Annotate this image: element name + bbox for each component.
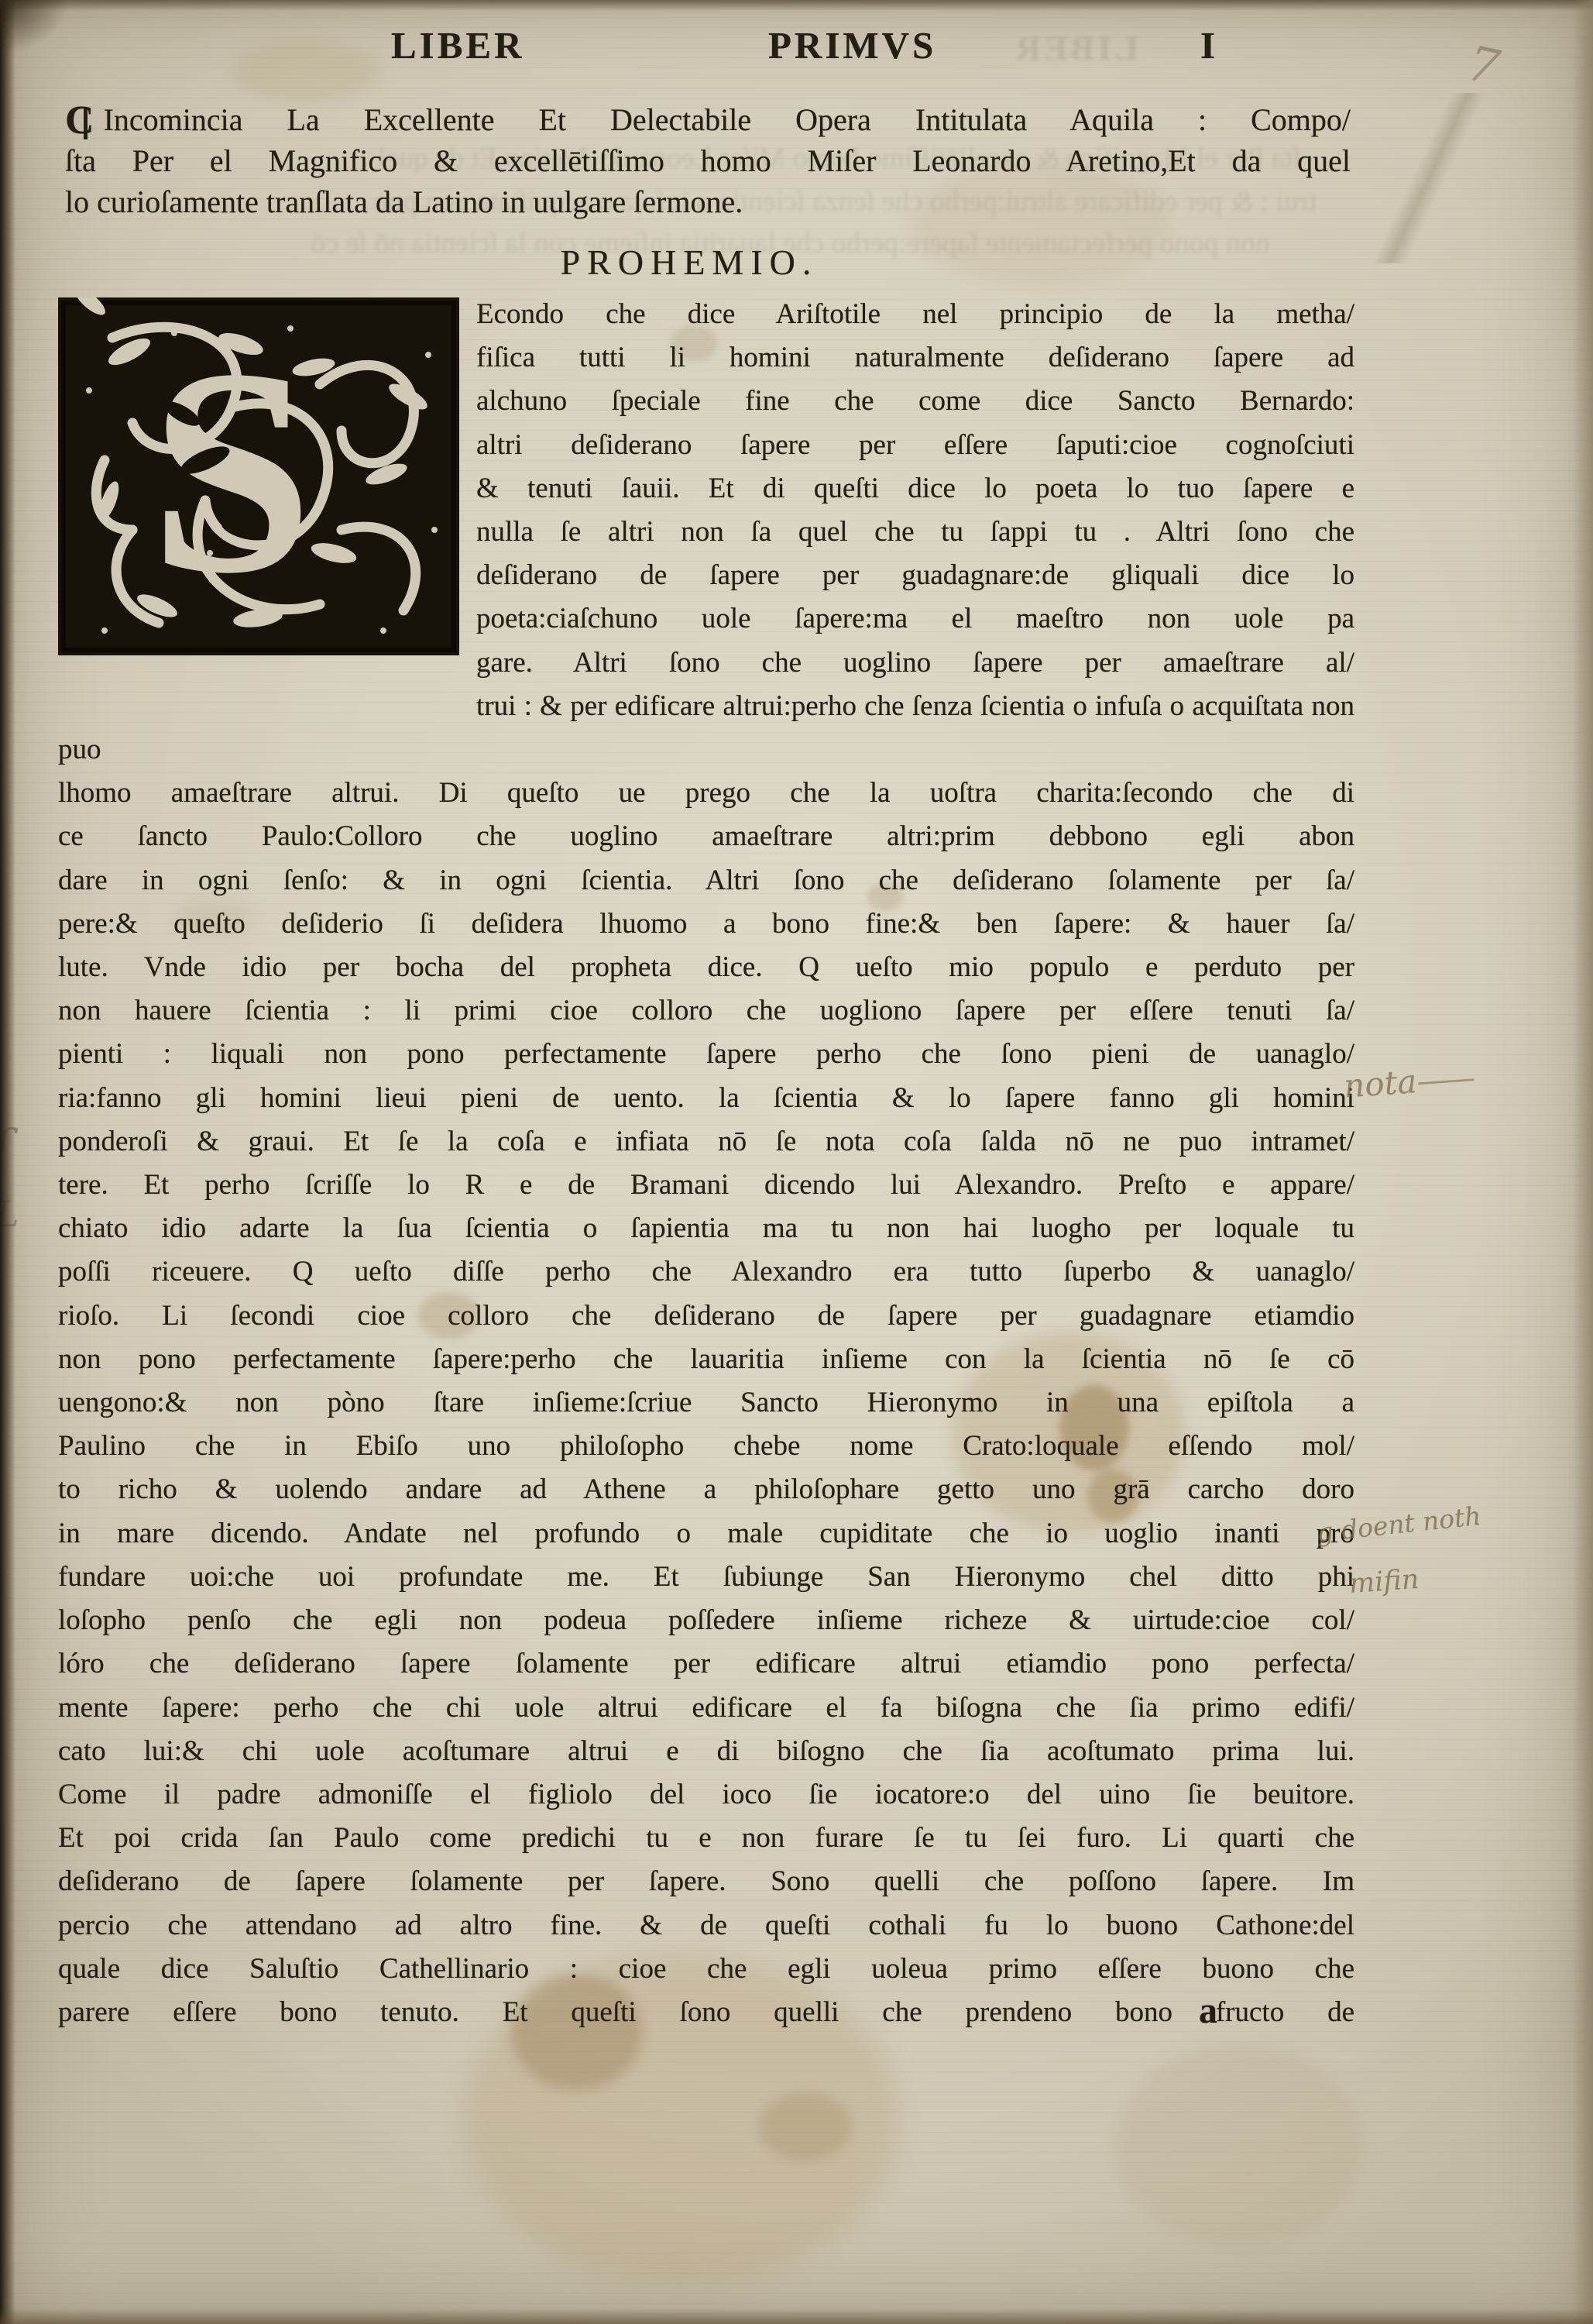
incipit-line: ſta Per el Magnifico & excellētiſſimo ho…: [65, 140, 1351, 181]
stain: [759, 2092, 852, 2161]
folio-number: I: [1200, 23, 1218, 67]
marginal-mark-left1: ſ: [0, 1119, 11, 1177]
capitulum-mark: C: [65, 105, 94, 137]
body-line: percio che attendano ad altro fine. & de…: [58, 1904, 1354, 1948]
body-line: cato lui:& chi uole acoſtumare altrui e …: [58, 1730, 1354, 1773]
body-line: chiato idio adarte la ſua ſcientia o ſap…: [58, 1207, 1354, 1250]
body-line: to richo & uolendo andare ad Athene a ph…: [58, 1468, 1354, 1511]
body-line: deſiderano de ſapere ſolamente per ſaper…: [58, 1860, 1354, 1903]
woodcut-initial-graphic: S: [58, 297, 459, 655]
body-line: trui : & per edificare altrui:perho che …: [58, 685, 1354, 772]
marginal-note-line2: mifin: [1348, 1564, 1420, 1600]
body-line: lhomo amaeſtrare altrui. Di queſto ue pr…: [58, 772, 1354, 815]
body-line: pere:& queſto deſiderio ſi deſidera lhuo…: [58, 902, 1354, 946]
incipit-line: lo curioſamente tranſlata da Latino in u…: [65, 181, 1351, 222]
body-line: poſſi riceuere. Q ueſto diſſe perho che …: [58, 1250, 1354, 1294]
body-line: ce ſancto Paulo:Colloro che uoglino amae…: [58, 815, 1354, 858]
running-header-liber: LIBER: [391, 23, 525, 67]
page-edge-top: [0, 0, 1593, 11]
body-line: loſopho penſo che egli non podeua poſſed…: [58, 1599, 1354, 1642]
body-line: lóro che deſiderano ſapere ſolamente per…: [58, 1642, 1354, 1686]
body-line: tere. Et perho ſcriſſe lo R e de Bramani…: [58, 1164, 1354, 1207]
stain: [232, 40, 379, 102]
incipit-line: CIncomincia La Excellente Et Delectabile…: [65, 99, 1351, 140]
stain: [1115, 2045, 1363, 2247]
body-line: Paulino che in Ebiſo uno philoſopho cheb…: [58, 1425, 1354, 1468]
section-heading: PROHEMIO.: [372, 242, 1007, 283]
body-line: lute. Vnde idio per bocha del propheta d…: [58, 946, 1354, 989]
incipit-line-text: Incomincia La Excellente Et Delectabile …: [104, 102, 1351, 137]
body-line: pienti : liquali non pono perfectamente …: [58, 1033, 1354, 1076]
body-line: parere eſſere bono tenuto. Et queſti ſon…: [58, 1991, 1354, 2034]
page-corner-shadow: [0, 0, 70, 54]
body-line: in mare dicendo. Andate nel profundo o m…: [58, 1512, 1354, 1556]
marginal-mark-left2: L: [0, 1193, 19, 1235]
incunabula-page: LIBER ſta Per el Magnifico & excellētiſſ…: [0, 0, 1593, 2324]
body-line: quale dice Saluſtio Cathellinario : cioe…: [58, 1948, 1354, 1991]
page-edge-bottom: [0, 2309, 1593, 2324]
running-header-primus: PRIMVS: [768, 23, 936, 67]
body-text: S: [58, 293, 1354, 2034]
body-line: Come il padre admoniſſe el figliolo del …: [58, 1773, 1354, 1817]
body-line: dare in ogni ſenſo: & in ogni ſcientia. …: [58, 859, 1354, 902]
marginal-mark-top-right: 7: [1463, 35, 1505, 97]
page-edge-right: [1573, 0, 1593, 2324]
body-line: Et poi crida ſan Paulo come predichi tu …: [58, 1817, 1354, 1860]
marginal-note-nota: nota: [1342, 1058, 1470, 1105]
body-line: mente ſapere: perho che chi uole altrui …: [58, 1686, 1354, 1730]
signature-mark: a: [1199, 1989, 1217, 2032]
body-line: non hauere ſcientia : li primi cioe coll…: [58, 989, 1354, 1033]
incipit-block: CIncomincia La Excellente Et Delectabile…: [65, 99, 1351, 222]
body-line: ria:fanno gli homini lieui pieni de uent…: [58, 1077, 1354, 1120]
body-line: ponderoſi & graui. Et ſe la coſa e infia…: [58, 1120, 1354, 1164]
woodcut-initial: S: [58, 297, 459, 655]
body-line: rioſo. Li ſecondi cioe colloro che deſid…: [58, 1294, 1354, 1338]
body-line: non pono perfectamente ſapere:perho che …: [58, 1338, 1354, 1381]
body-line: fundare uoi:che uoi profundate me. Et ſu…: [58, 1556, 1354, 1599]
body-line: uengono:& non pòno ſtare inſieme:ſcriue …: [58, 1381, 1354, 1425]
